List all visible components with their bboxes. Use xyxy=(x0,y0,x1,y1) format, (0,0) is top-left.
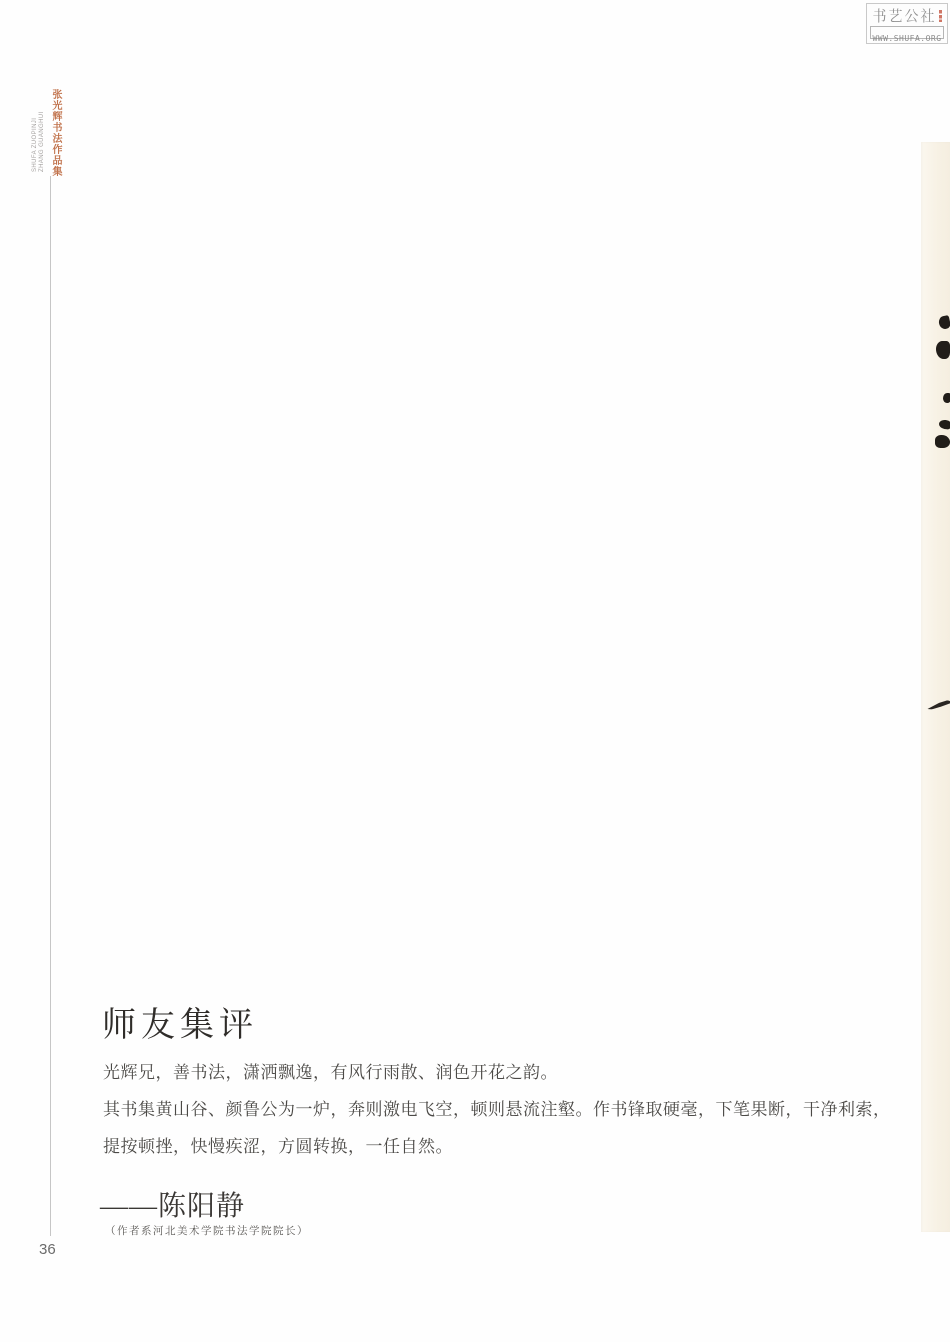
red-seal-icon xyxy=(939,10,942,22)
author-attribution: ——陈阳静 xyxy=(100,1184,245,1224)
calligraphy-page-edge-strip xyxy=(921,142,950,1232)
ink-fragment xyxy=(935,435,950,448)
commentary-line: 其书集黄山谷、颜鲁公为一炉，奔则激电飞空，顿则悬流注壑。作书锋取硬毫，下笔果断，… xyxy=(103,1091,891,1128)
watermark-url-text: WWW.SHUFA.ORG xyxy=(872,34,941,43)
page-number: 36 xyxy=(39,1241,56,1258)
author-attribution-note: （作者系河北美术学院书法学院院长） xyxy=(105,1223,309,1238)
section-title: 师友集评 xyxy=(102,997,258,1046)
watermark-url-box: WWW.SHUFA.ORG xyxy=(870,26,944,39)
commentary-paragraphs: 光辉兄，善书法，潇洒飘逸，有风行雨散、润色开花之韵。 其书集黄山谷、颜鲁公为一炉… xyxy=(103,1054,891,1165)
spine-romanized-line: SHUFA ZUOPINJI xyxy=(32,86,39,172)
spine-title-chinese: 张光辉书法作品集 xyxy=(48,89,63,177)
watermark-brand-row: 书艺公社 xyxy=(870,6,944,25)
spine-title-romanized: ZHANG GUANGHUI SHUFA ZUOPINJI xyxy=(32,86,46,172)
watermark-brand-text: 书艺公社 xyxy=(873,5,937,26)
ink-fragment xyxy=(943,393,950,403)
spine-romanized-line: ZHANG GUANGHUI xyxy=(39,86,46,172)
left-vertical-rule xyxy=(50,176,51,1236)
ink-fragment xyxy=(936,341,950,359)
commentary-line: 光辉兄，善书法，潇洒飘逸，有风行雨散、润色开花之韵。 xyxy=(103,1054,891,1091)
scanned-book-page: 书艺公社 WWW.SHUFA.ORG 张光辉书法作品集 ZHANG GUANGH… xyxy=(0,0,950,1342)
commentary-line: 提按顿挫，快慢疾涩，方圆转换，一任自然。 xyxy=(103,1128,891,1165)
shufa-watermark-logo: 书艺公社 WWW.SHUFA.ORG xyxy=(866,3,948,44)
